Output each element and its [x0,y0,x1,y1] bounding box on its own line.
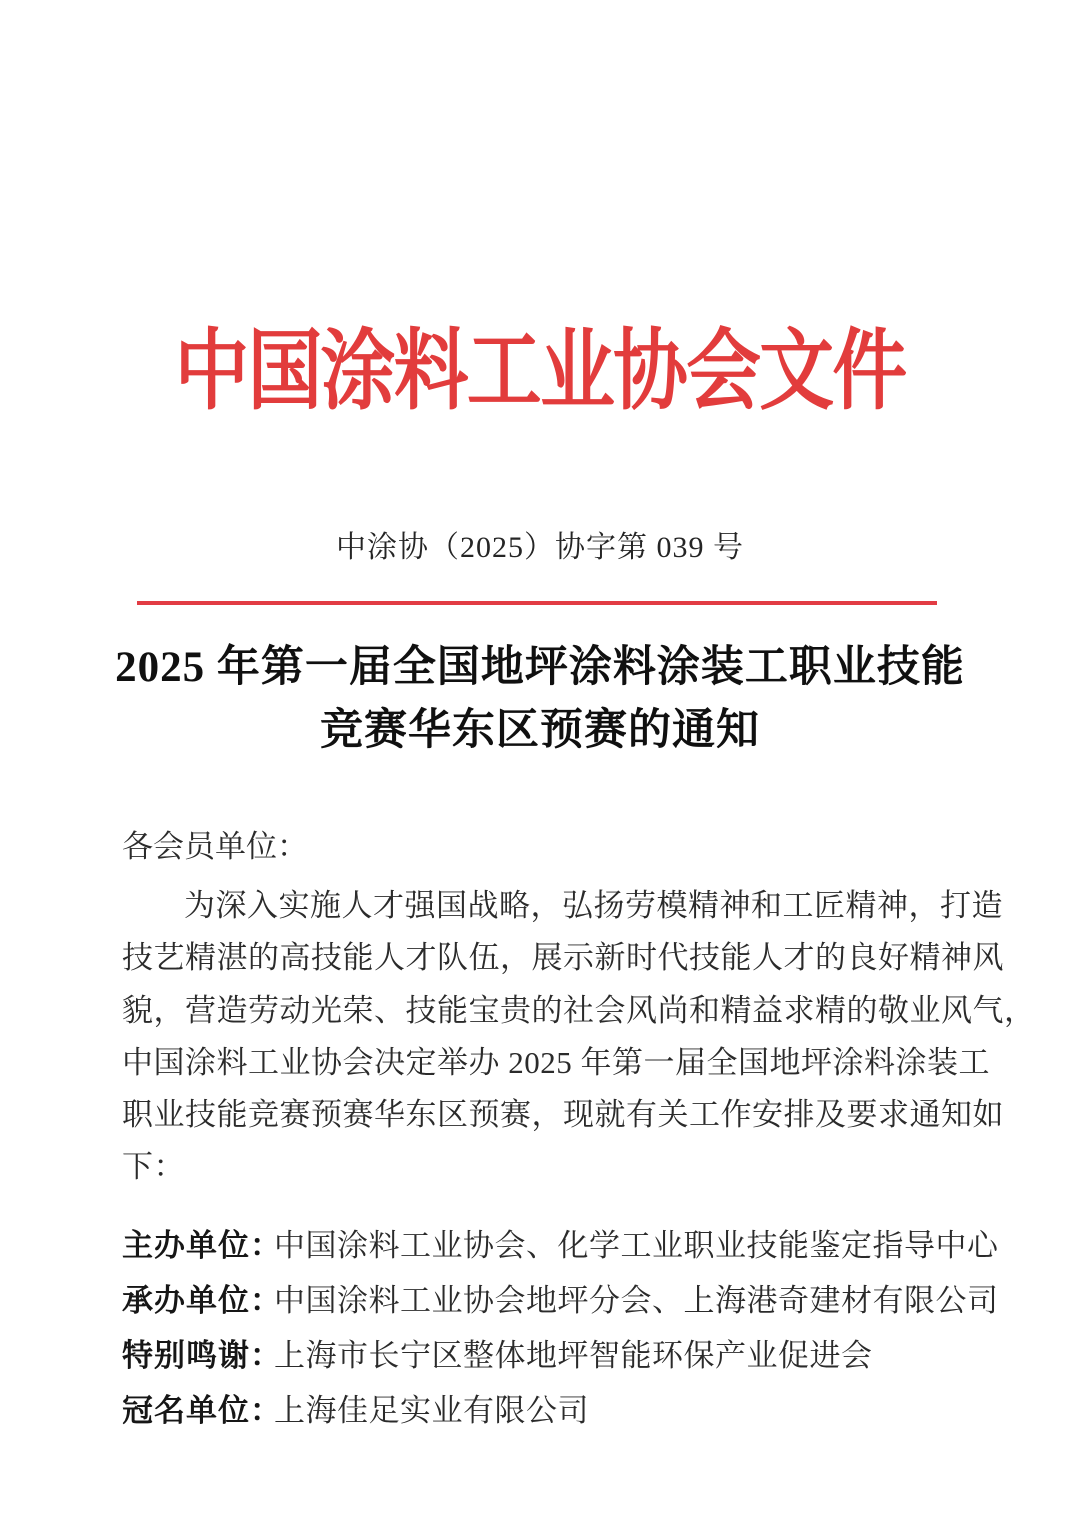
unit-row-host: 主办单位： 中国涂料工业协会、化学工业职业技能鉴定指导中心 [122,1218,948,1273]
unit-label: 特别鸣谢： [122,1328,274,1383]
unit-value: 中国涂料工业协会、化学工业职业技能鉴定指导中心 [274,1218,999,1273]
unit-label: 冠名单位： [122,1383,274,1438]
units-list: 主办单位： 中国涂料工业协会、化学工业职业技能鉴定指导中心 承办单位： 中国涂料… [122,1218,948,1438]
org-header-title: 中国涂料工业协会文件 [174,318,905,428]
unit-label: 承办单位： [122,1273,274,1328]
notice-title-line2: 竞赛华东区预赛的通知 [0,699,1080,762]
paragraph-line: 技艺精湛的高技能人才队伍，展示新时代技能人才的良好精神风 [122,932,948,984]
unit-row-organizer: 承办单位： 中国涂料工业协会地坪分会、上海港奇建材有限公司 [122,1273,948,1328]
paragraph-line: 貌，营造劳动光荣、技能宝贵的社会风尚和精益求精的敬业风气， [122,985,948,1037]
document-page: 中国涂料工业协会文件 中涂协（2025）协字第 039 号 2025 年第一届全… [0,0,1080,1527]
unit-row-special-thanks: 特别鸣谢： 上海市长宁区整体地坪智能环保产业促进会 [122,1328,948,1383]
unit-value: 上海市长宁区整体地坪智能环保产业促进会 [274,1328,873,1383]
notice-title: 2025 年第一届全国地坪涂料涂装工职业技能 竞赛华东区预赛的通知 [0,636,1080,762]
unit-value: 中国涂料工业协会地坪分会、上海港奇建材有限公司 [274,1273,999,1328]
red-divider-rule [137,601,937,605]
unit-row-title-sponsor: 冠名单位： 上海佳足实业有限公司 [122,1383,948,1438]
paragraph-line: 职业技能竞赛预赛华东区预赛，现就有关工作安排及要求通知如 [122,1089,948,1141]
notice-title-line1: 2025 年第一届全国地坪涂料涂装工职业技能 [0,636,1080,699]
body-paragraph: 为深入实施人才强国战略，弘扬劳模精神和工匠精神，打造 技艺精湛的高技能人才队伍，… [122,880,948,1194]
salutation: 各会员单位： [122,826,308,868]
doc-number: 中涂协（2025）协字第 039 号 [0,528,1080,568]
paragraph-line: 中国涂料工业协会决定举办 2025 年第一届全国地坪涂料涂装工 [122,1037,948,1089]
paragraph-line: 下： [122,1141,948,1193]
paragraph-line: 为深入实施人才强国战略，弘扬劳模精神和工匠精神，打造 [122,880,948,932]
org-header: 中国涂料工业协会文件 [0,318,1080,428]
unit-value: 上海佳足实业有限公司 [274,1383,589,1438]
unit-label: 主办单位： [122,1218,274,1273]
